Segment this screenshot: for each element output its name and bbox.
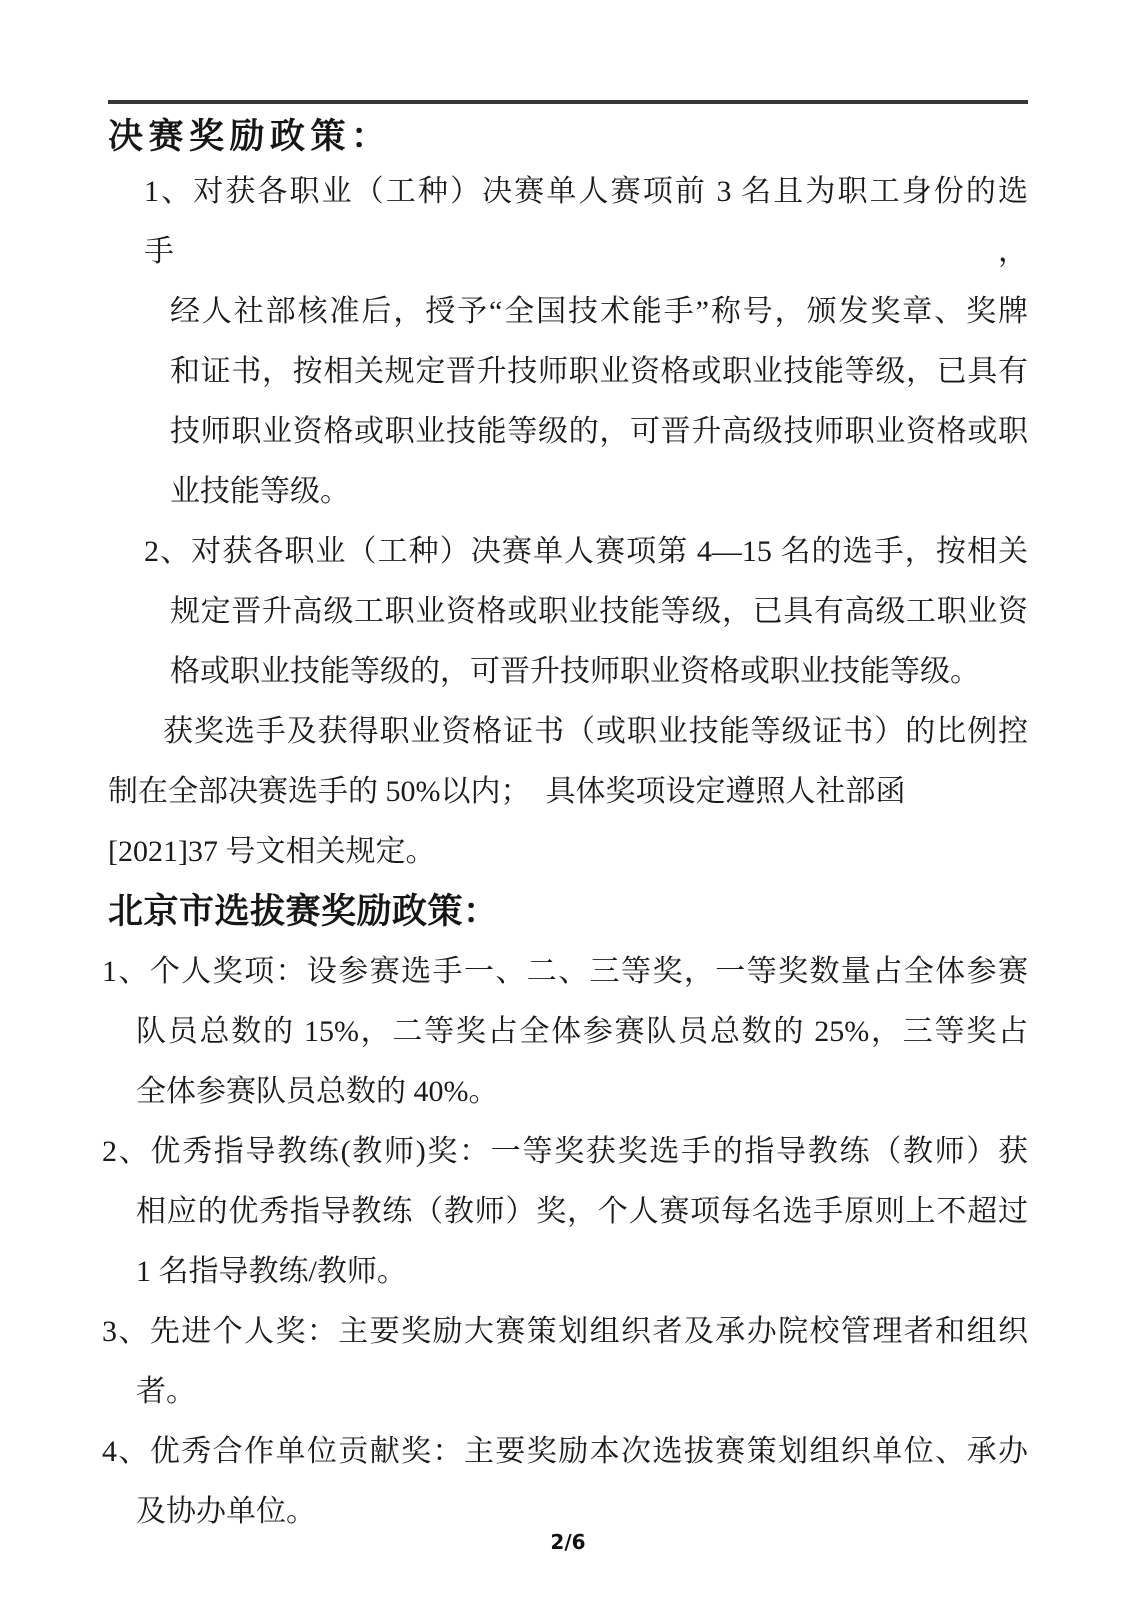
paragraph-final-2: 2、对获各职业（工种）决赛单人赛项第 4—15 名的选手，按相关 规定晋升高级工… — [108, 522, 1028, 702]
paragraph-line: 2、对获各职业（工种）决赛单人赛项第 4—15 名的选手，按相关 — [108, 522, 1028, 582]
paragraph-line: 获奖选手及获得职业资格证书（或职业技能等级证书）的比例控 — [108, 702, 1028, 762]
section-heading-final-awards: 决赛奖励政策： — [108, 112, 1028, 162]
list-item-coach-award: 2、优秀指导教练(教师)奖：一等奖获奖选手的指导教练（教师）获 相应的优秀指导教… — [108, 1122, 1028, 1302]
paragraph-line: 3、先进个人奖：主要奖励大赛策划组织者及承办院校管理者和组织 — [102, 1302, 1028, 1362]
section-heading-beijing-awards: 北京市选拔赛奖励政策： — [108, 882, 1028, 942]
paragraph-ratio: 获奖选手及获得职业资格证书（或职业技能等级证书）的比例控 制在全部决赛选手的 5… — [108, 702, 1028, 882]
paragraph-line: 业技能等级。 — [108, 462, 1028, 522]
page-content: 决赛奖励政策： 1、对获各职业（工种）决赛单人赛项前 3 名且为职工身份的选手，… — [108, 112, 1028, 1552]
paragraph-line: 全体参赛队员总数的 40%。 — [108, 1062, 1028, 1122]
paragraph-final-1: 1、对获各职业（工种）决赛单人赛项前 3 名且为职工身份的选手， 经人社部核准后… — [108, 162, 1028, 522]
paragraph-line: 相应的优秀指导教练（教师）奖，个人赛项每名选手原则上不超过 — [108, 1182, 1028, 1242]
list-item-partner-contribution-award: 4、优秀合作单位贡献奖：主要奖励本次选拔赛策划组织单位、承办 及协办单位。 — [108, 1422, 1028, 1542]
paragraph-line: 1、对获各职业（工种）决赛单人赛项前 3 名且为职工身份的选手， — [108, 162, 1028, 282]
paragraph-line: 1、个人奖项：设参赛选手一、二、三等奖，一等奖数量占全体参赛 — [102, 942, 1028, 1002]
paragraph-line: 格或职业技能等级的，可晋升技师职业资格或职业技能等级。 — [108, 642, 1028, 702]
paragraph-line: 规定晋升高级工职业资格或职业技能等级，已具有高级工职业资 — [108, 582, 1028, 642]
paragraph-line: 技师职业资格或职业技能等级的，可晋升高级技师职业资格或职 — [108, 402, 1028, 462]
paragraph-line: 1 名指导教练/教师。 — [108, 1242, 1028, 1302]
paragraph-line: 和证书，按相关规定晋升技师职业资格或职业技能等级，已具有 — [108, 342, 1028, 402]
list-item-advanced-individual-award: 3、先进个人奖：主要奖励大赛策划组织者及承办院校管理者和组织 者。 — [108, 1302, 1028, 1422]
paragraph-line: 队员总数的 15%，二等奖占全体参赛队员总数的 25%，三等奖占 — [108, 1002, 1028, 1062]
paragraph-line: 制在全部决赛选手的 50%以内； 具体奖项设定遵照人社部函 — [108, 762, 1028, 822]
paragraph-line: 经人社部核准后，授予“全国技术能手”称号，颁发奖章、奖牌 — [108, 282, 1028, 342]
paragraph-line: 2、优秀指导教练(教师)奖：一等奖获奖选手的指导教练（教师）获 — [102, 1122, 1028, 1182]
paragraph-line: [2021]37 号文相关规定。 — [108, 822, 1028, 882]
paragraph-line: 者。 — [108, 1362, 1028, 1422]
paragraph-line: 4、优秀合作单位贡献奖：主要奖励本次选拔赛策划组织单位、承办 — [102, 1422, 1028, 1482]
top-rule — [108, 100, 1028, 104]
document-page: 决赛奖励政策： 1、对获各职业（工种）决赛单人赛项前 3 名且为职工身份的选手，… — [0, 0, 1131, 1600]
list-item-personal-awards: 1、个人奖项：设参赛选手一、二、三等奖，一等奖数量占全体参赛 队员总数的 15%… — [108, 942, 1028, 1122]
